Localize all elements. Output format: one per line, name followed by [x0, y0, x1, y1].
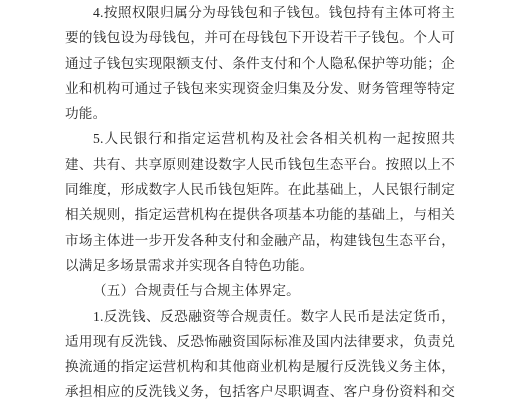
text-line: 相关规则，指定运营机构在提供各项基本功能的基础上，与相关	[65, 202, 455, 227]
text-line: 4.按照权限归属分为母钱包和子钱包。钱包持有主体可将主	[65, 0, 455, 25]
text-line: 以满足多场景需求并实现各自特色功能。	[65, 253, 455, 278]
text-line: 5.人民银行和指定运营机构及社会各相关机构一起按照共	[65, 126, 455, 151]
text-line: 业和机构可通过子钱包来实现资金归集及分发、财务管理等特定	[65, 76, 455, 101]
section-heading: （五）合规责任与合规主体界定。	[65, 278, 455, 303]
text-line: 适用现有反洗钱、反恐怖融资国际标准及国内法律要求，负责兑	[65, 329, 455, 354]
text-line: 市场主体进一步开发各种支付和金融产品，构建钱包生态平台，	[65, 228, 455, 253]
text-line: 承担相应的反洗钱义务，包括客户尽职调查、客户身份资料和交	[65, 379, 455, 400]
text-line: 通过子钱包实现限额支付、条件支付和个人隐私保护等功能；企	[65, 51, 455, 76]
text-line: 同维度，形成数字人民币钱包矩阵。在此基础上，人民银行制定	[65, 177, 455, 202]
text-line: 1.反洗钱、反恐融资等合规责任。数字人民币是法定货币，	[65, 304, 455, 329]
text-line: 换流通的指定运营机构和其他商业机构是履行反洗钱义务主体，	[65, 354, 455, 379]
document-page: 4.按照权限归属分为母钱包和子钱包。钱包持有主体可将主 要的钱包设为母钱包，并可…	[0, 0, 520, 400]
text-line: 建、共有、共享原则建设数字人民币钱包生态平台。按照以上不	[65, 152, 455, 177]
text-line: 要的钱包设为母钱包，并可在母钱包下开设若干子钱包。个人可	[65, 25, 455, 50]
text-line: 功能。	[65, 101, 455, 126]
document-text-block: 4.按照权限归属分为母钱包和子钱包。钱包持有主体可将主 要的钱包设为母钱包，并可…	[65, 0, 455, 400]
